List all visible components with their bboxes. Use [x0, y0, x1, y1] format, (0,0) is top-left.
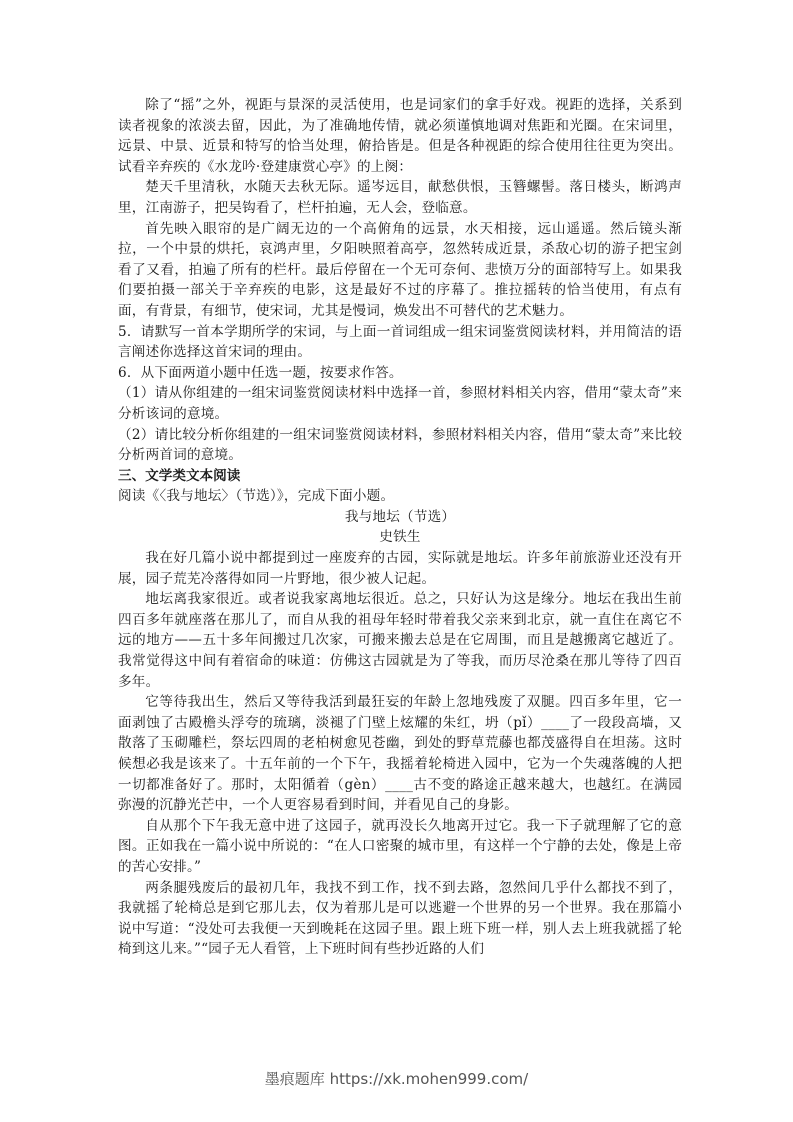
question-6-option-2: （2）请比较分析你组建的一组宋词鉴赏阅读材料，参照材料相关内容，借用“蒙太奇”来… — [118, 425, 682, 466]
article-paragraph: 我在好几篇小说中都提到过一座废弃的古园，实际就是地坛。许多年前旅游业还没有开展，… — [118, 548, 682, 589]
section-heading: 三、文学类文本阅读 — [118, 466, 682, 487]
question-6: 6．从下面两道小题中任选一题，按要求作答。 — [118, 363, 682, 384]
question-6-option-1: （1）请从你组建的一组宋词鉴赏阅读材料中选择一首，参照材料相关内容，借用“蒙太奇… — [118, 383, 682, 424]
article-paragraph: 自从那个下午我无意中进了这园子，就再没长久地离开过它。我一下子就理解了它的意图。… — [118, 816, 682, 878]
article-paragraph: 地坛离我家很近。或者说我家离地坛很近。总之，只好认为这是缘分。地坛在我出生前四百… — [118, 589, 682, 692]
question-5: 5．请默写一首本学期所学的宋词，与上面一首词组成一组宋词鉴赏阅读材料，并用简洁的… — [118, 322, 682, 363]
article-title: 我与地坛（节选） — [118, 507, 682, 528]
watermark-footer: 墨痕题库 https://xk.mohen999.com/ — [0, 1068, 793, 1089]
document-page: 除了“摇”之外，视距与景深的灵活使用，也是词家们的拿手好戏。视距的选择，关系到读… — [118, 95, 682, 960]
poem-excerpt: 楚天千里清秋，水随天去秋无际。遥岑远目，献愁供恨，玉簪螺髻。落日楼头，断鸿声里，… — [118, 177, 682, 218]
intro-paragraph: 除了“摇”之外，视距与景深的灵活使用，也是词家们的拿手好戏。视距的选择，关系到读… — [118, 95, 682, 177]
article-paragraph: 它等待我出生，然后又等待我活到最狂妄的年龄上忽地残废了双腿。四百多年里，它一面剥… — [118, 692, 682, 816]
section-instruction: 阅读《〈我与地坛〉（节选）》，完成下面小题。 — [118, 486, 682, 507]
article-author: 史铁生 — [118, 527, 682, 548]
article-paragraph: 两条腿残废后的最初几年，我找不到工作，找不到去路，忽然间几乎什么都找不到了，我就… — [118, 878, 682, 960]
analysis-paragraph: 首先映入眼帘的是广阔无边的一个高俯角的远景，水天相接，远山遥遥。然后镜头渐拉，一… — [118, 219, 682, 322]
